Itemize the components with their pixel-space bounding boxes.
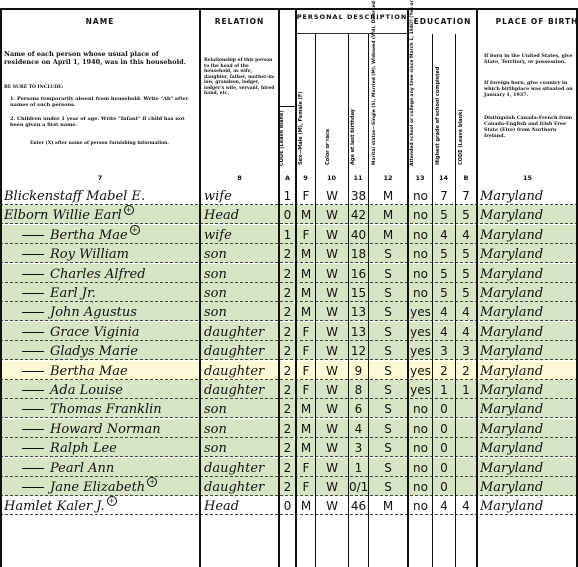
school-attended-cell: no: [409, 264, 432, 283]
surname-repeat-dash: [22, 293, 44, 294]
table-row[interactable]: Hamlet Kaler J.+Head0MW46Mno44Maryland: [0, 496, 578, 515]
grade-cell: 1: [433, 380, 455, 399]
race-cell: W: [316, 380, 348, 399]
marital-cell: S: [369, 419, 407, 438]
school-attended-cell: no: [409, 205, 432, 224]
col-line-b: [476, 9, 478, 567]
sex-cell: M: [297, 283, 315, 302]
age-cell: 15: [349, 283, 368, 302]
marital-cell: S: [369, 302, 407, 321]
surname-repeat-dash: [22, 409, 44, 410]
name-cell: Ada Louise: [4, 380, 198, 399]
name-cell: Bertha Mae+: [4, 225, 198, 244]
sex-cell: F: [297, 225, 315, 244]
surname-repeat-dash: [22, 254, 44, 255]
birthplace-cell: Maryland: [480, 419, 576, 438]
race-cell: W: [316, 496, 348, 515]
col-line-10: [348, 34, 349, 567]
name-cell: Gladys Marie: [4, 341, 198, 360]
race-cell: W: [316, 361, 348, 380]
person-name: Roy William: [50, 247, 129, 262]
race-cell: W: [316, 322, 348, 341]
grade-cell: 0: [433, 458, 455, 477]
code-a-cell: 0: [280, 205, 295, 224]
name-cell: Roy William: [4, 244, 198, 263]
school-attended-cell: yes: [409, 380, 432, 399]
marital-cell: S: [369, 438, 407, 457]
age-cell: 46: [349, 496, 368, 515]
name-cell: John Agustus: [4, 302, 198, 321]
grade-cell: 4: [433, 322, 455, 341]
race-cell: W: [316, 399, 348, 418]
grade-cell: 0: [433, 438, 455, 457]
code-b-cell: [456, 438, 476, 457]
code-b-cell: 4: [456, 496, 476, 515]
color-race-label: Color or race: [325, 90, 341, 165]
relation-cell: son: [204, 302, 278, 321]
colnum-15: 15: [477, 172, 578, 184]
sex-cell: M: [297, 244, 315, 263]
relation-cell: son: [204, 438, 278, 457]
personal-description-title: PERSONAL DESCRIPTION: [296, 14, 408, 21]
code-b-cell: [456, 458, 476, 477]
person-name: Blickenstaff Mabel E.: [4, 189, 145, 204]
birthplace-cell: Maryland: [480, 264, 576, 283]
code-b-cell: 4: [456, 225, 476, 244]
table-row[interactable]: Bertha Maedaughter2FW9Syes22Maryland: [0, 361, 578, 380]
person-name: Earl Jr.: [50, 286, 96, 301]
race-cell: W: [316, 302, 348, 321]
school-attended-cell: no: [409, 438, 432, 457]
age-cell: 3: [349, 438, 368, 457]
surname-repeat-dash: [22, 332, 44, 333]
person-name: Elborn Willie Earl: [4, 208, 122, 223]
sex-cell: M: [297, 264, 315, 283]
code-a-cell: 2: [280, 244, 295, 263]
race-cell: W: [316, 477, 348, 496]
relation-cell: daughter: [204, 361, 278, 380]
birthplace-cell: Maryland: [480, 205, 576, 224]
colnum-12: 12: [368, 172, 408, 184]
name-cell: Howard Norman: [4, 419, 198, 438]
person-name: Gladys Marie: [50, 344, 138, 359]
birthplace-cell: Maryland: [480, 380, 576, 399]
personal-title-underline: [296, 33, 408, 34]
marital-cell: M: [369, 225, 407, 244]
person-name: Grace Viginia: [50, 325, 140, 340]
marital-cell: S: [369, 244, 407, 263]
relation-cell: son: [204, 419, 278, 438]
relation-description: Relationship of this person to the head …: [204, 58, 276, 97]
census-sheet: NAME Name of each person whose usual pla…: [0, 0, 578, 567]
education-title: EDUCATION: [408, 17, 477, 26]
colnum-11: 11: [348, 172, 368, 184]
age-cell: 8: [349, 380, 368, 399]
sex-cell: F: [297, 380, 315, 399]
table-row[interactable]: Thomas Franklinson2MW6Sno0Maryland: [0, 399, 578, 418]
highest-grade-label: Highest grade of school completed: [435, 45, 451, 165]
name-be-sure: BE SURE TO INCLUDE:: [4, 84, 196, 91]
table-row[interactable]: Blickenstaff Mabel E.wife1FW38Mno77Maryl…: [0, 186, 578, 205]
surname-repeat-dash: [22, 371, 44, 372]
table-row[interactable]: Gladys Mariedaughter2FW12Syes33Maryland: [0, 341, 578, 360]
school-attended-cell: no: [409, 186, 432, 205]
birthplace-cell: Maryland: [480, 322, 576, 341]
name-cell: Charles Alfred: [4, 264, 198, 283]
person-name: Bertha Mae: [50, 364, 128, 379]
colnum-10: 10: [315, 172, 348, 184]
relation-cell: son: [204, 244, 278, 263]
surname-repeat-dash: [22, 487, 44, 488]
race-cell: W: [316, 225, 348, 244]
school-attended-cell: yes: [409, 322, 432, 341]
birthplace-cell: Maryland: [480, 399, 576, 418]
race-cell: W: [316, 458, 348, 477]
colnum-9: 9: [296, 172, 315, 184]
education-code-label: CODE (Leave blank): [458, 90, 474, 165]
code-b-cell: 2: [456, 361, 476, 380]
sex-cell: F: [297, 477, 315, 496]
school-attended-cell: yes: [409, 341, 432, 360]
code-b-cell: 3: [456, 341, 476, 360]
age-cell: 4: [349, 419, 368, 438]
relation-cell: daughter: [204, 322, 278, 341]
birthplace-cell: Maryland: [480, 361, 576, 380]
col-line-relation: [278, 9, 280, 567]
row-divider: [0, 514, 578, 516]
sex-cell: M: [297, 302, 315, 321]
name-cell: Blickenstaff Mabel E.: [4, 186, 198, 205]
birthplace-instruction-3: Distinguish Canada-French from Canada-En…: [484, 115, 576, 139]
birthplace-cell: Maryland: [480, 458, 576, 477]
birthplace-cell: Maryland: [480, 438, 576, 457]
person-name: Pearl Ann: [50, 461, 114, 476]
sex-cell: F: [297, 322, 315, 341]
school-attended-cell: no: [409, 458, 432, 477]
code-b-cell: 7: [456, 186, 476, 205]
name-description: Name of each person whose usual place of…: [4, 50, 196, 66]
relation-cell: daughter: [204, 477, 278, 496]
marital-cell: S: [369, 322, 407, 341]
sex-cell: F: [297, 341, 315, 360]
person-name: Jane Elizabeth: [50, 480, 145, 495]
code-b-cell: [456, 399, 476, 418]
relation-cell: daughter: [204, 380, 278, 399]
informant-mark-icon: +: [107, 496, 117, 506]
marital-cell: S: [369, 341, 407, 360]
marital-cell: M: [369, 496, 407, 515]
name-cell: Ralph Lee: [4, 438, 198, 457]
age-cell: 12: [349, 341, 368, 360]
school-attended-cell: yes: [409, 361, 432, 380]
name-cell: Earl Jr.: [4, 283, 198, 302]
race-cell: W: [316, 438, 348, 457]
age-cell: 38: [349, 186, 368, 205]
marital-cell: S: [369, 399, 407, 418]
birthplace-cell: Maryland: [480, 186, 576, 205]
code-b-cell: 4: [456, 302, 476, 321]
name-cell: Bertha Mae: [4, 361, 198, 380]
code-a-cell: 2: [280, 399, 295, 418]
sex-cell: M: [297, 205, 315, 224]
table-row[interactable]: Bertha Mae+wife1FW40Mno44Maryland: [0, 225, 578, 244]
grade-cell: 3: [433, 341, 455, 360]
person-name: Charles Alfred: [50, 267, 146, 282]
surname-repeat-dash: [22, 312, 44, 313]
code-a-cell: 2: [280, 477, 295, 496]
surname-repeat-dash: [22, 235, 44, 236]
school-attended-cell: no: [409, 244, 432, 263]
school-attended-cell: no: [409, 283, 432, 302]
sex-label: Sex—Male (M), Female (F): [298, 45, 314, 165]
table-row[interactable]: John Agustusson2MW13Syes44Maryland: [0, 302, 578, 321]
informant-mark-icon: +: [124, 205, 134, 215]
name-column-title: NAME: [0, 17, 200, 26]
informant-mark-icon: +: [130, 225, 140, 235]
school-attended-cell: no: [409, 399, 432, 418]
col-line-11: [368, 34, 369, 567]
race-cell: W: [316, 341, 348, 360]
col-line-a: [295, 9, 297, 567]
person-name: Ralph Lee: [50, 441, 117, 456]
birthplace-cell: Maryland: [480, 302, 576, 321]
grade-cell: 4: [433, 225, 455, 244]
sex-cell: M: [297, 438, 315, 457]
code-a-cell: 2: [280, 322, 295, 341]
school-attended-cell: no: [409, 477, 432, 496]
table-row[interactable]: Charles Alfredson2MW16Sno55Maryland: [0, 264, 578, 283]
birthplace-cell: Maryland: [480, 496, 576, 515]
name-enter-note: Enter (X) after name of person furnishin…: [30, 140, 196, 147]
sex-cell: F: [297, 458, 315, 477]
colnum-13: 13: [408, 172, 432, 184]
code-a-cell: 2: [280, 419, 295, 438]
grade-cell: 0: [433, 399, 455, 418]
age-cell: 13: [349, 322, 368, 341]
person-name: Hamlet Kaler J.: [4, 499, 105, 514]
surname-repeat-dash: [22, 390, 44, 391]
marital-cell: S: [369, 361, 407, 380]
col-line-9: [315, 34, 316, 567]
person-name: Ada Louise: [50, 383, 123, 398]
grade-cell: 5: [433, 283, 455, 302]
marital-cell: M: [369, 186, 407, 205]
code-a-cell: 1: [280, 186, 295, 205]
age-cell: 40: [349, 225, 368, 244]
surname-repeat-dash: [22, 274, 44, 275]
table-row[interactable]: Roy Williamson2MW18Sno55Maryland: [0, 244, 578, 263]
place-of-birth-title: PLACE OF BIRTH: [477, 17, 578, 26]
relation-code-label: CODE (Leave blank): [279, 108, 296, 166]
code-a-cell: 2: [280, 380, 295, 399]
marital-cell: M: [369, 205, 407, 224]
surname-repeat-dash: [22, 448, 44, 449]
age-cell: 18: [349, 244, 368, 263]
table-row[interactable]: Pearl Anndaughter2FW1Sno0Maryland: [0, 458, 578, 477]
code-box-line: [279, 106, 296, 107]
colnum-7: 7: [0, 172, 200, 184]
sex-cell: F: [297, 186, 315, 205]
age-cell: 9: [349, 361, 368, 380]
marital-cell: S: [369, 458, 407, 477]
code-a-cell: 2: [280, 302, 295, 321]
code-a-cell: 2: [280, 458, 295, 477]
school-attended-cell: no: [409, 225, 432, 244]
col-line-left: [0, 9, 2, 567]
birthplace-cell: Maryland: [480, 341, 576, 360]
surname-repeat-dash: [22, 351, 44, 352]
relation-cell: wife: [204, 225, 278, 244]
marital-cell: S: [369, 283, 407, 302]
code-a-cell: 2: [280, 438, 295, 457]
informant-mark-icon: +: [147, 477, 157, 487]
code-b-cell: 4: [456, 322, 476, 341]
name-cell: Pearl Ann: [4, 458, 198, 477]
grade-cell: 5: [433, 244, 455, 263]
name-cell: Thomas Franklin: [4, 399, 198, 418]
marital-cell: S: [369, 477, 407, 496]
marital-cell: S: [369, 380, 407, 399]
code-b-cell: 5: [456, 205, 476, 224]
table-row[interactable]: Elborn Willie Earl+Head0MW42Mno55Marylan…: [0, 205, 578, 224]
grade-cell: 4: [433, 496, 455, 515]
table-row[interactable]: Jane Elizabeth+daughter2FW0/12Sno0Maryla…: [0, 477, 578, 496]
table-row[interactable]: Earl Jr.son2MW15Sno55Maryland: [0, 283, 578, 302]
code-b-cell: 1: [456, 380, 476, 399]
col-line-14: [455, 34, 456, 567]
name-item-1: 1. Persons temporarily absent from house…: [10, 96, 196, 108]
grade-cell: 2: [433, 361, 455, 380]
race-cell: W: [316, 205, 348, 224]
marital-status-label: Marital status—Single (S), Married (M), …: [372, 45, 404, 165]
relation-cell: son: [204, 264, 278, 283]
age-cell: 42: [349, 205, 368, 224]
sex-cell: M: [297, 419, 315, 438]
relation-cell: Head: [204, 205, 278, 224]
relation-cell: Head: [204, 496, 278, 515]
attended-school-label: Attended school or college any time sinc…: [410, 38, 430, 166]
col-line-12: [407, 9, 409, 567]
age-cell: 6: [349, 399, 368, 418]
grade-cell: 5: [433, 264, 455, 283]
name-cell: Elborn Willie Earl+: [4, 205, 198, 224]
top-border: [0, 8, 578, 10]
col-line-13: [432, 34, 433, 567]
code-a-cell: 2: [280, 283, 295, 302]
grade-cell: 0: [433, 419, 455, 438]
colnum-14: 14: [432, 172, 455, 184]
name-cell: Grace Viginia: [4, 322, 198, 341]
age-cell: 13: [349, 302, 368, 321]
school-attended-cell: yes: [409, 302, 432, 321]
birthplace-cell: Maryland: [480, 477, 576, 496]
birthplace-instruction-2: If foreign born, give country in which b…: [484, 80, 576, 98]
code-b-cell: 5: [456, 244, 476, 263]
sex-cell: F: [297, 361, 315, 380]
table-row[interactable]: Howard Normanson2MW4Sno0Maryland: [0, 419, 578, 438]
relation-column-title: RELATION: [200, 17, 279, 26]
age-label: Age at last birthday: [350, 75, 366, 165]
race-cell: W: [316, 264, 348, 283]
code-b-cell: 5: [456, 283, 476, 302]
person-name: John Agustus: [50, 305, 137, 320]
table-row[interactable]: Ralph Leeson2MW3Sno0Maryland: [0, 438, 578, 457]
person-name: Howard Norman: [50, 422, 161, 437]
age-cell: 16: [349, 264, 368, 283]
table-row[interactable]: Grace Viginiadaughter2FW13Syes44Maryland: [0, 322, 578, 341]
code-a-cell: 2: [280, 361, 295, 380]
name-cell: Hamlet Kaler J.+: [4, 496, 198, 515]
age-cell: 1: [349, 458, 368, 477]
name-cell: Jane Elizabeth+: [4, 477, 198, 496]
school-attended-cell: no: [409, 496, 432, 515]
age-cell: 0/12: [349, 477, 368, 496]
race-cell: W: [316, 244, 348, 263]
colnum-b: B: [455, 172, 477, 184]
grade-cell: 4: [433, 302, 455, 321]
person-name: Bertha Mae: [50, 228, 128, 243]
code-b-cell: 5: [456, 264, 476, 283]
school-attended-cell: no: [409, 419, 432, 438]
code-b-cell: [456, 477, 476, 496]
grade-cell: 5: [433, 205, 455, 224]
birthplace-cell: Maryland: [480, 283, 576, 302]
colnum-8: 8: [200, 172, 279, 184]
code-a-cell: 2: [280, 264, 295, 283]
relation-cell: son: [204, 399, 278, 418]
sex-cell: M: [297, 496, 315, 515]
relation-cell: wife: [204, 186, 278, 205]
relation-cell: son: [204, 283, 278, 302]
race-cell: W: [316, 283, 348, 302]
surname-repeat-dash: [22, 468, 44, 469]
code-a-cell: 0: [280, 496, 295, 515]
name-item-2: 2. Children under 1 year of age. Write "…: [10, 116, 196, 128]
birthplace-cell: Maryland: [480, 225, 576, 244]
relation-cell: daughter: [204, 458, 278, 477]
surname-repeat-dash: [22, 429, 44, 430]
code-a-cell: 2: [280, 341, 295, 360]
relation-cell: daughter: [204, 341, 278, 360]
grade-cell: 0: [433, 477, 455, 496]
sex-cell: M: [297, 399, 315, 418]
person-name: Thomas Franklin: [50, 402, 162, 417]
marital-cell: S: [369, 264, 407, 283]
col-line-name: [199, 9, 201, 567]
table-row[interactable]: Ada Louisedaughter2FW8Syes11Maryland: [0, 380, 578, 399]
code-b-cell: [456, 419, 476, 438]
race-cell: W: [316, 186, 348, 205]
birthplace-instruction-1: If born in the United States, give State…: [484, 53, 576, 65]
grade-cell: 7: [433, 186, 455, 205]
code-a-cell: 1: [280, 225, 295, 244]
birthplace-cell: Maryland: [480, 244, 576, 263]
colnum-a: A: [279, 172, 296, 184]
race-cell: W: [316, 419, 348, 438]
